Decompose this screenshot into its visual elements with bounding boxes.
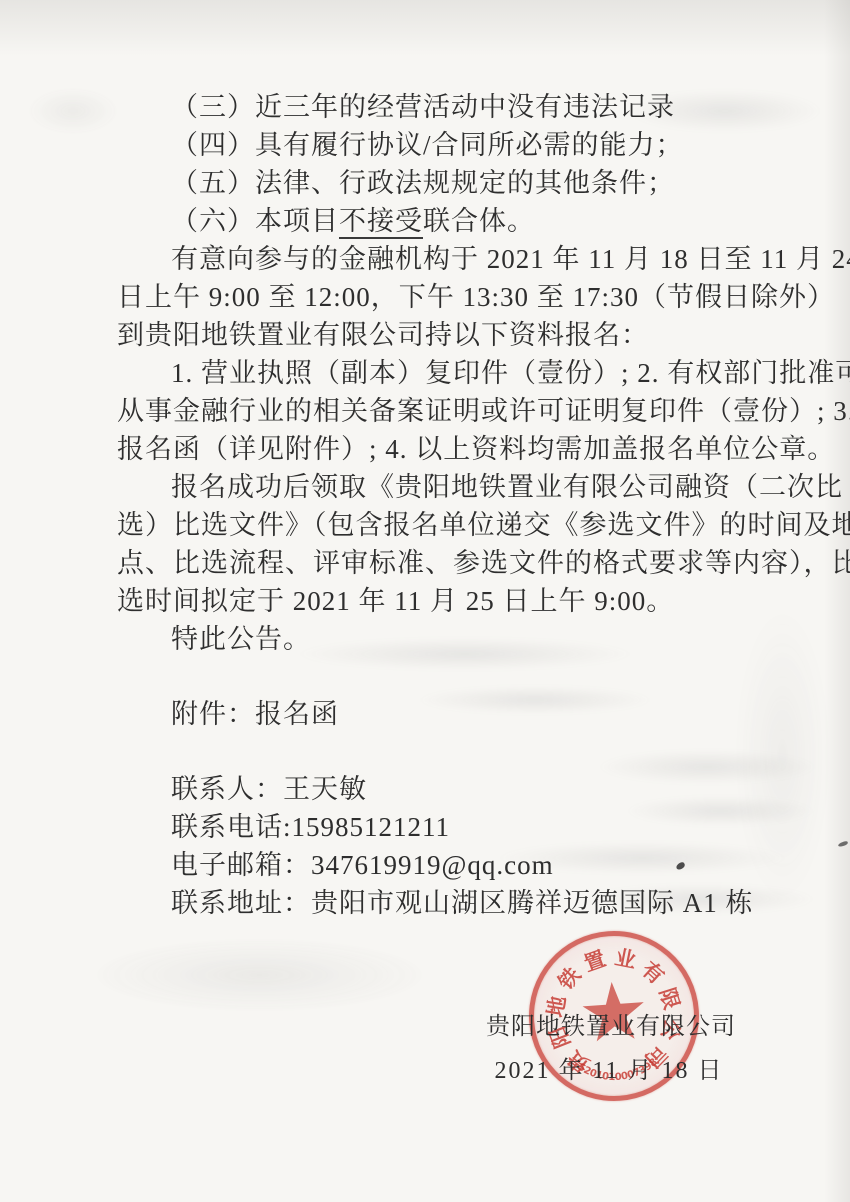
registration-paragraph-line: 到贵阳地铁置业有限公司持以下资料报名： [117, 316, 742, 354]
seal-arc-character: 业 [611, 945, 639, 973]
selection-paragraph-line: 点、比选流程、评审标准、参选文件的格式要求等内容），比 [117, 544, 742, 582]
condition-6-underlined-text: 不接受 [339, 206, 423, 239]
registration-paragraph-line: 有意向参与的金融机构于 2021 年 11 月 18 日至 11 月 24 [117, 240, 742, 278]
attachment-line: 附件：报名函 [117, 695, 742, 733]
materials-paragraph-line: 1. 营业执照（副本）复印件（壹份）; 2. 有权部门批准可 [117, 354, 742, 392]
contact-email-line: 电子邮箱：347619919@qq.com [117, 846, 742, 884]
materials-paragraph-line: 从事金融行业的相关备案证明或许可证明复印件（壹份）; 3. [117, 392, 742, 430]
bleedthrough-artifact [735, 610, 830, 900]
document-body: （三）近三年的经营活动中没有违法记录 （四）具有履行协议/合同所必需的能力； （… [117, 88, 742, 922]
materials-paragraph-line: 报名函（详见附件）; 4. 以上资料均需加盖报名单位公章。 [117, 430, 742, 468]
scanned-document-page: ★ 贵阳地铁置业有限公司5201010007398 （三）近三年的经营活动中没有… [0, 0, 850, 1202]
contact-person-line: 联系人：王天敏 [117, 770, 742, 808]
closing-line: 特此公告。 [117, 620, 742, 658]
condition-6-suffix: 联合体。 [423, 206, 535, 236]
condition-line-5: （五）法律、行政法规规定的其他条件； [117, 164, 742, 202]
condition-line-4: （四）具有履行协议/合同所必需的能力； [117, 126, 742, 164]
condition-line-3: （三）近三年的经营活动中没有违法记录 [117, 88, 742, 126]
signature-company-name: 贵阳地铁置业有限公司 [486, 1006, 732, 1041]
contact-phone-line: 联系电话:15985121211 [117, 808, 742, 846]
registration-paragraph-line: 日上午 9:00 至 12:00，下午 13:30 至 17:30（节假日除外） [117, 278, 742, 316]
selection-paragraph-line: 报名成功后领取《贵阳地铁置业有限公司融资（二次比 [117, 468, 742, 506]
selection-paragraph-line: 选时间拟定于 2021 年 11 月 25 日上午 9:00。 [117, 582, 742, 620]
contact-address-line: 联系地址：贵阳市观山湖区腾祥迈德国际 A1 栋 [117, 884, 742, 922]
ink-speck [838, 841, 849, 848]
condition-6-prefix: （六）本项目 [171, 206, 339, 236]
signature-block: 贵阳地铁置业有限公司 2021 年 11 月 18 日 [486, 1006, 732, 1085]
signature-date: 2021 年 11 月 18 日 [486, 1050, 732, 1085]
bleedthrough-artifact [92, 938, 427, 1012]
condition-line-6: （六）本项目不接受联合体。 [117, 202, 742, 240]
selection-paragraph-line: 选）比选文件》（包含报名单位递交《参选文件》的时间及地 [117, 506, 742, 544]
bleedthrough-artifact [28, 88, 118, 134]
